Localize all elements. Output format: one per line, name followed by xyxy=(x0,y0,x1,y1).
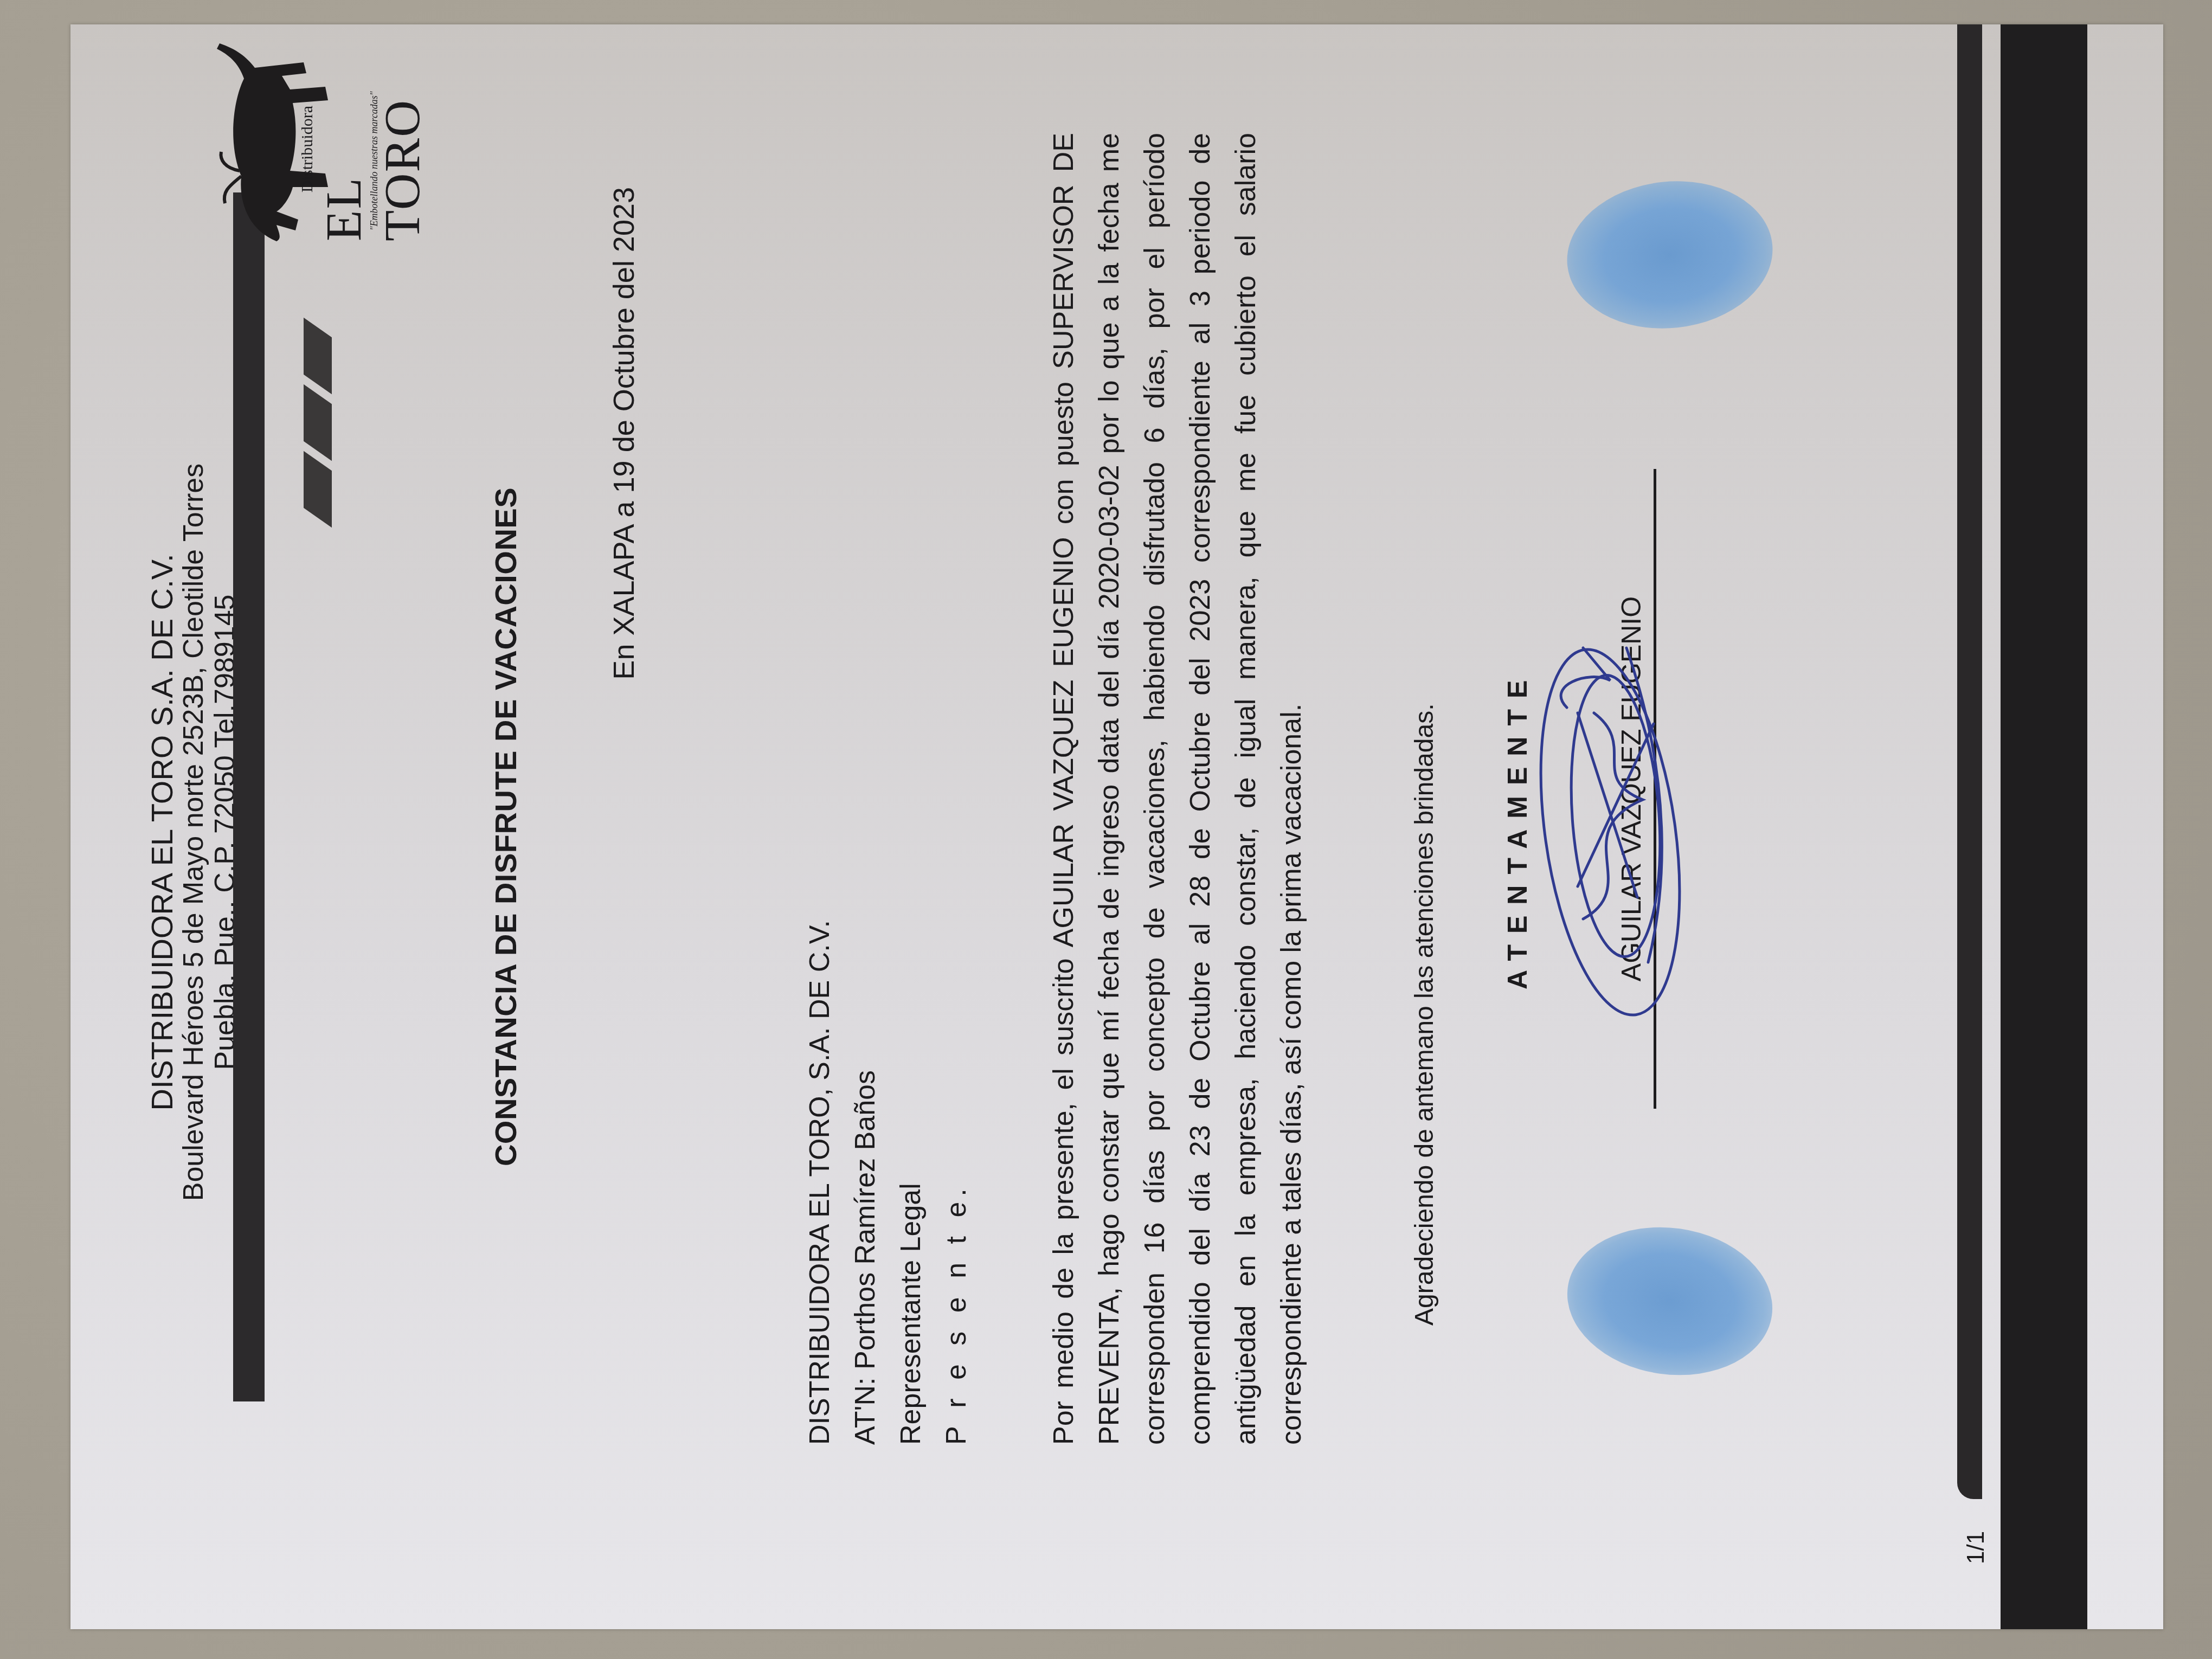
recipient-company: DISTRIBUIDORA EL TORO, S.A. DE C.V. xyxy=(797,920,843,1445)
header-dashes xyxy=(304,327,332,518)
logo-tagline: "Embotellando nuestras marcadas" xyxy=(369,92,380,230)
company-name: DISTRIBUIDORA EL TORO S.A. DE C.V. xyxy=(146,263,178,1401)
dash-decoration xyxy=(304,318,332,394)
dateline: En XALAPA a 19 de Octubre del 2023 xyxy=(607,187,641,680)
footer-rule xyxy=(2001,24,2087,1629)
recipient-greeting: P r e s e n t e. xyxy=(934,920,979,1445)
footer-rule-thin xyxy=(1957,24,1982,1499)
dash-decoration xyxy=(304,451,332,528)
body-paragraph: Por medio de la presente, el suscrito AG… xyxy=(1041,133,1314,1445)
dash-decoration xyxy=(304,384,332,461)
document-title: CONSTANCIA DE DISFRUTE DE VACACIONES xyxy=(488,24,523,1629)
thanks-line: Agradeciendo de antemano las atenciones … xyxy=(1410,704,1439,1326)
letterhead: DISTRIBUIDORA EL TORO S.A. DE C.V. Boule… xyxy=(146,263,241,1401)
document-page: DISTRIBUIDORA EL TORO S.A. DE C.V. Boule… xyxy=(70,24,2163,1629)
recipient-attention: AT'N: Porthos Ramírez Baños xyxy=(843,920,888,1445)
logo-small-text: Distribuidora xyxy=(298,106,317,192)
page-number: 1/1 xyxy=(1963,1531,1990,1564)
handwritten-signature xyxy=(1502,518,1719,1060)
recipient-block: DISTRIBUIDORA EL TORO, S.A. DE C.V. AT'N… xyxy=(797,920,979,1445)
company-address: Boulevard Héroes 5 de Mayo norte 2523B, … xyxy=(178,263,209,1401)
recipient-role: Representante Legal xyxy=(888,920,934,1445)
photo-frame: DISTRIBUIDORA EL TORO S.A. DE C.V. Boule… xyxy=(49,14,2185,1640)
fingerprint-right xyxy=(1560,171,1780,338)
header-rule xyxy=(233,192,265,1401)
fingerprint-left xyxy=(1558,1214,1782,1388)
company-logo: Distribuidora EL TORO "Embotellando nues… xyxy=(152,35,390,263)
